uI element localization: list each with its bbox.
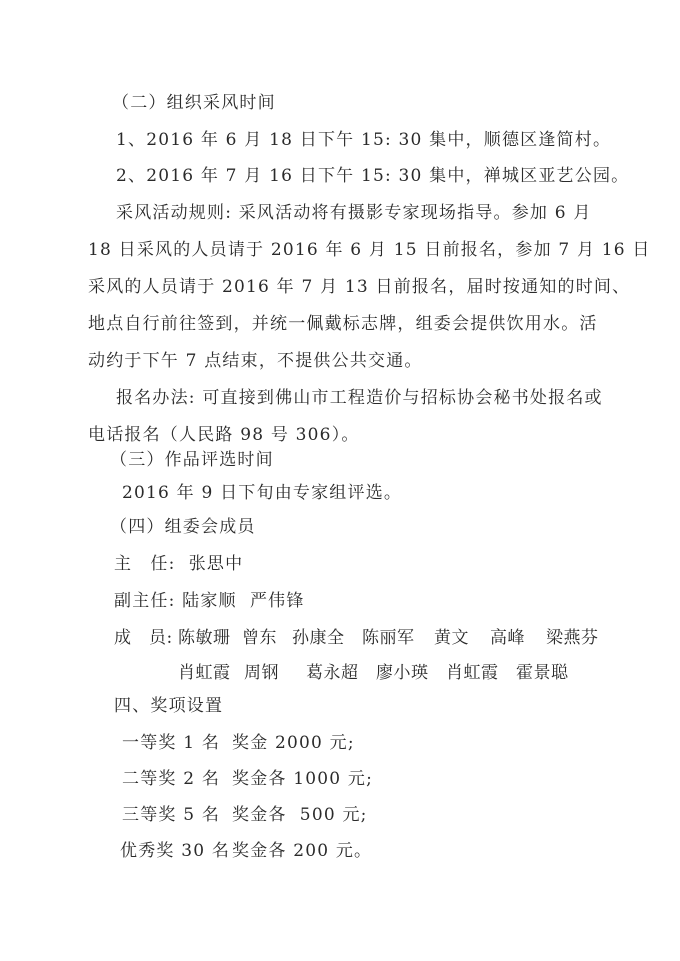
members-row-2: 肖虹霞 周钢 葛永超 廖小瑛 肖虹霞 霍景聪 <box>178 662 580 684</box>
member-name: 黄文 <box>434 627 490 649</box>
registration-line-1: 报名办法: 可直接到佛山市工程造价与招标协会秘书处报名或 <box>116 387 603 409</box>
rules-line-4: 地点自行前往签到，并统一佩戴标志牌，组委会提供饮用水。活 <box>88 313 598 335</box>
members-row-1: 陈敏珊 曾东 孙康全 陈丽军 黄文 高峰 梁燕芬 <box>178 627 610 649</box>
award-prize-3: 奖金各 500 元; <box>232 804 368 826</box>
rules-line-3: 采风的人员请于 2016 年 7 月 13 日前报名，届时按通知的时间、 <box>88 276 630 298</box>
member-name: 廖小瑛 <box>376 662 446 684</box>
award-rank-1: 一等奖 1 名 <box>122 732 220 754</box>
award-rank-3: 三等奖 5 名 <box>122 804 220 826</box>
member-name: 霍景聪 <box>516 662 580 684</box>
member-name: 肖虹霞 <box>178 662 244 684</box>
award-rank-2: 二等奖 2 名 <box>122 768 220 790</box>
schedule-item-2: 2、2016 年 7 月 16 日下午 15: 30 集中，禅城区亚艺公园。 <box>116 165 629 187</box>
director-line: 主 任: 张思中 <box>114 553 243 575</box>
vice-director-line: 副主任: 陆家顺 严伟锋 <box>114 590 305 612</box>
member-name: 陈敏珊 <box>178 627 242 649</box>
rules-line-2: 18 日采风的人员请于 2016 年 6 月 15 日前报名，参加 7 月 16… <box>88 239 651 261</box>
member-name: 葛永超 <box>306 662 376 684</box>
awards-title: 四、奖项设置 <box>114 695 223 717</box>
member-name: 梁燕芬 <box>546 627 610 649</box>
award-rank-4: 优秀奖 30 名 <box>120 840 230 862</box>
section2-title: （二）组织采风时间 <box>112 92 276 114</box>
award-prize-2: 奖金各 1000 元; <box>232 768 373 790</box>
registration-line-2: 电话报名（人民路 98 号 306）。 <box>88 424 360 446</box>
schedule-item-1: 1、2016 年 6 月 18 日下午 15: 30 集中，顺德区逢简村。 <box>116 129 611 151</box>
member-name: 周钢 <box>244 662 306 684</box>
document-page: （二）组织采风时间 1、2016 年 6 月 18 日下午 15: 30 集中，… <box>0 0 680 961</box>
section4-title: （四）组委会成员 <box>110 516 256 538</box>
rules-line-1: 采风活动规则: 采风活动将有摄影专家现场指导。参加 6 月 <box>116 202 592 224</box>
member-name: 曾东 <box>242 627 292 649</box>
member-name: 高峰 <box>490 627 546 649</box>
award-prize-1: 奖金 2000 元; <box>232 732 355 754</box>
member-name: 肖虹霞 <box>446 662 516 684</box>
members-label: 成 员: <box>114 627 179 649</box>
member-name: 孙康全 <box>292 627 362 649</box>
award-prize-4: 奖金各 200 元。 <box>232 840 372 862</box>
evaluation-text: 2016 年 9 日下旬由专家组评选。 <box>122 482 402 504</box>
rules-line-5: 动约于下午 7 点结束，不提供公共交通。 <box>88 350 423 372</box>
section3-title: （三）作品评选时间 <box>110 449 274 471</box>
member-name: 陈丽军 <box>362 627 434 649</box>
